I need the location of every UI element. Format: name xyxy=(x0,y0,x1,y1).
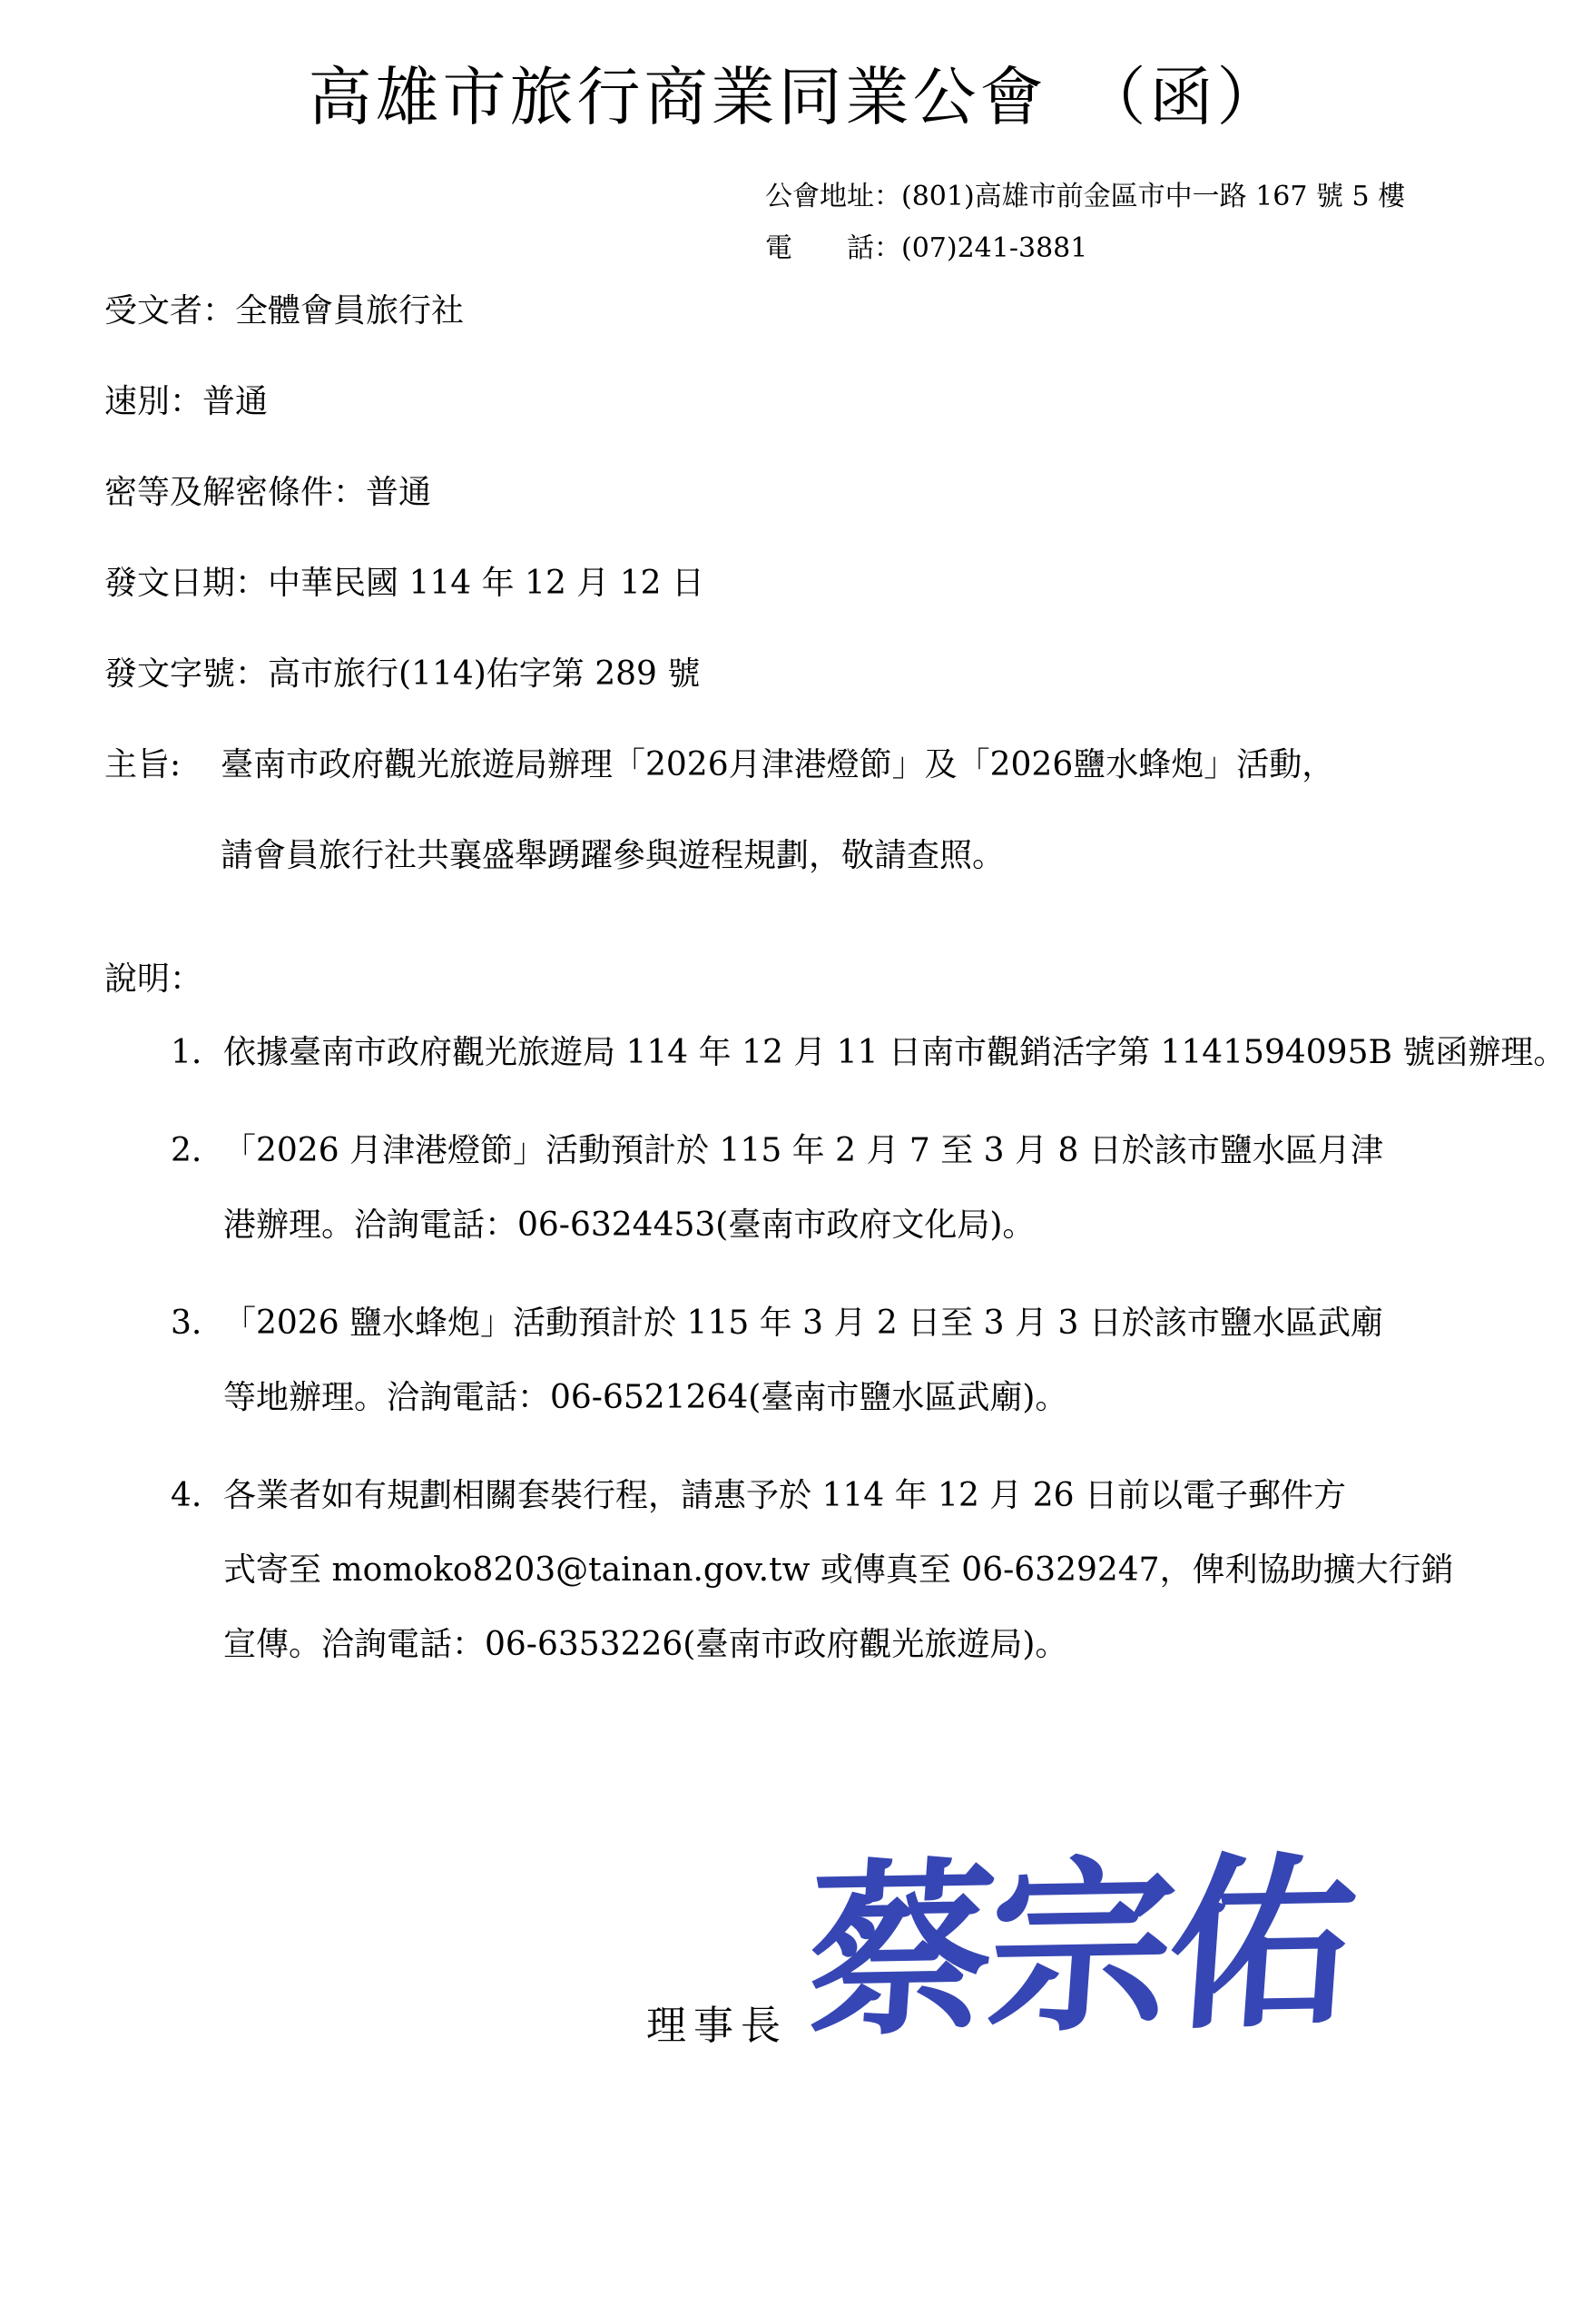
issue-date-line: 發文日期：中華民國 114 年 12 月 12 日 xyxy=(104,567,1592,600)
explanation-label: 說明： xyxy=(104,963,1592,996)
item-line: 依據臺南市政府觀光旅遊局 114 年 12 月 11 日南市觀銷活字第 1141… xyxy=(223,1016,1592,1090)
item-line: 等地辦理。洽詢電話：06-6521264(臺南市鹽水區武廟)。 xyxy=(223,1361,1592,1435)
item-number: 3. xyxy=(171,1286,201,1361)
item-number: 4. xyxy=(171,1459,201,1533)
recipient-line: 受文者：全體會員旅行社 xyxy=(104,295,1592,328)
issue-number-line: 發文字號：高市旅行(114)佑字第 289 號 xyxy=(104,658,1592,691)
item-line: 「2026 月津港燈節」活動預計於 115 年 2 月 7 至 3 月 8 日於… xyxy=(223,1114,1592,1188)
explanation-item-3: 3. 「2026 鹽水蜂炮」活動預計於 115 年 3 月 2 日至 3 月 3… xyxy=(223,1286,1592,1435)
official-letter-page: 高雄市旅行商業同業公會 （函） 公會地址：(801)高雄市前金區市中一路 167… xyxy=(0,0,1592,2324)
subject-line-2: 請會員旅行社共襄盛舉踴躍參與遊程規劃，敬請查照。 xyxy=(221,840,1592,872)
association-address: 公會地址：(801)高雄市前金區市中一路 167 號 5 樓 xyxy=(765,183,1592,211)
explanation-item-1: 1. 依據臺南市政府觀光旅遊局 114 年 12 月 11 日南市觀銷活字第 1… xyxy=(223,1016,1592,1090)
item-line: 港辦理。洽詢電話：06-6324453(臺南市政府文化局)。 xyxy=(223,1188,1592,1263)
explanation-item-2: 2. 「2026 月津港燈節」活動預計於 115 年 2 月 7 至 3 月 8… xyxy=(223,1114,1592,1263)
explanation-item-4: 4. 各業者如有規劃相關套裝行程，請惠予於 114 年 12 月 26 日前以電… xyxy=(223,1459,1592,1682)
security-class-line: 密等及解密條件：普通 xyxy=(104,477,1592,509)
item-line: 各業者如有規劃相關套裝行程，請惠予於 114 年 12 月 26 日前以電子郵件… xyxy=(223,1459,1592,1533)
item-line: 「2026 鹽水蜂炮」活動預計於 115 年 3 月 2 日至 3 月 3 日於… xyxy=(223,1286,1592,1361)
subject-block: 主旨: 臺南市政府觀光旅遊局辦理「2026月津港燈節」及「2026鹽水蜂炮」活動… xyxy=(104,749,1592,872)
explanation-list: 1. 依據臺南市政府觀光旅遊局 114 年 12 月 11 日南市觀銷活字第 1… xyxy=(223,1016,1592,1682)
item-line: 式寄至 momoko8203@tainan.gov.tw 或傳真至 06-632… xyxy=(223,1533,1592,1608)
item-number: 1. xyxy=(171,1016,201,1090)
item-number: 2. xyxy=(171,1114,201,1188)
association-contact-block: 公會地址：(801)高雄市前金區市中一路 167 號 5 樓 電 話：(07)2… xyxy=(765,183,1592,262)
subject-line-1: 臺南市政府觀光旅遊局辦理「2026月津港燈節」及「2026鹽水蜂炮」活動， xyxy=(221,749,1334,782)
speed-class-line: 速別：普通 xyxy=(104,386,1592,419)
association-phone: 電 話：(07)241-3881 xyxy=(765,235,1592,262)
document-title: 高雄市旅行商業同業公會 （函） xyxy=(0,0,1592,133)
chairman-signature: 蔡宗佑 xyxy=(800,1827,1359,2070)
letter-meta-block: 受文者：全體會員旅行社 速別：普通 密等及解密條件：普通 發文日期：中華民國 1… xyxy=(104,295,1592,691)
item-line: 宣傳。洽詢電話：06-6353226(臺南市政府觀光旅遊局)。 xyxy=(223,1608,1592,1682)
subject-label: 主旨: xyxy=(104,749,221,782)
chairman-title: 理事長 xyxy=(646,2006,788,2046)
